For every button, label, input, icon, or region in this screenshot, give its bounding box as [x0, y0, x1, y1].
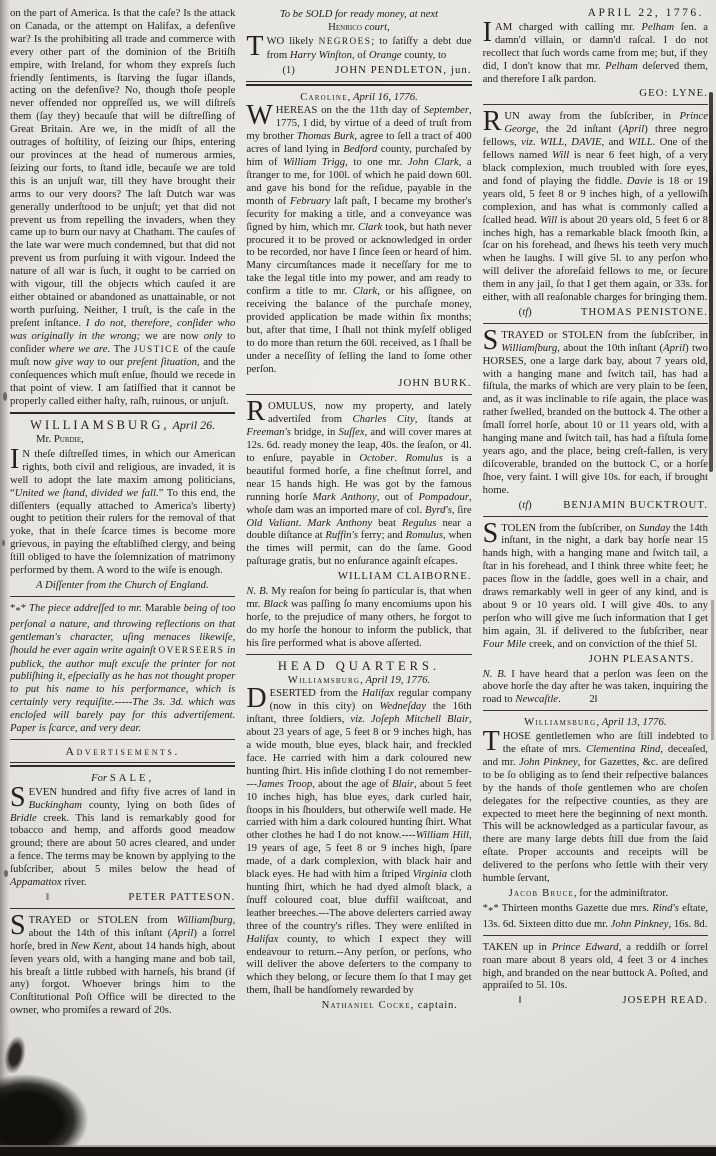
signature-row: (tf) THOMAS PENISTONE.	[483, 306, 708, 319]
notice-deserted-soldiers: DESERTED from the Halifax regular compan…	[246, 687, 471, 997]
section-divider	[10, 739, 235, 740]
dateline-williamsburg-april19: Williamsburg, April 19, 1776.	[246, 674, 471, 687]
scan-speck	[2, 540, 5, 546]
section-divider	[483, 104, 708, 105]
signature-claiborne: WILLIAM CLAIBORNE.	[246, 570, 471, 583]
pleasants-nota-bene: N. B. I have heard that a perſon was ſee…	[483, 668, 708, 707]
section-divider	[246, 394, 471, 395]
salutation-mr-purdie: Mr. Purdie,	[10, 433, 235, 446]
scan-speck	[4, 870, 8, 877]
paragraph-mark: ‖	[46, 891, 49, 904]
page-dateline-april22: APRIL 22, 1776.	[483, 7, 708, 20]
double-rule	[10, 762, 235, 767]
scan-right-edge-mark	[709, 92, 713, 472]
signature-pendleton: JOHN PENDLETON, jun.	[335, 64, 471, 77]
notice-rind-estate-debts: THOSE gentletlemen who are ſtill indebte…	[483, 730, 708, 885]
scan-bottom-bar	[0, 1147, 716, 1156]
ad-strayed-sorrel-horse: STRAYED or STOLEN from Williamſburg, abo…	[10, 914, 235, 1017]
dateline-williamsburg-april13: Williamsburg, April 13, 1776.	[483, 716, 708, 729]
headline-williamsburg-april26: WILLIAMSBURG, April 26.	[10, 419, 235, 432]
section-divider	[483, 710, 708, 711]
section-divider	[483, 516, 708, 517]
newspaper-page: on the part of America. Is that the caſe…	[0, 0, 716, 1156]
section-divider	[246, 654, 471, 655]
scan-corner-shadow	[0, 1056, 113, 1154]
gazette-balance-note: *** Thirteen months Gazette due mrs. Rin…	[483, 902, 708, 931]
section-divider	[483, 323, 708, 324]
dateline-caroline: Caroline, April 16, 1776.	[246, 91, 471, 104]
section-divider	[483, 935, 708, 936]
signature-row: ‖ JOSEPH READ.	[483, 994, 708, 1007]
article-opening-essay: on the part of America. Is that the caſe…	[10, 7, 235, 408]
ad-strayed-two-horses: STRAYED or STOLEN from the ſubſcriber, i…	[483, 329, 708, 497]
section-divider	[10, 596, 235, 597]
signature-cocke: Nathaniel Cocke, captain.	[246, 999, 471, 1012]
insertion-mark: (1)	[282, 64, 294, 77]
head-quarters-heading: HEAD QUARTERS.	[246, 660, 471, 673]
scan-speck	[3, 392, 7, 401]
column-3: APRIL 22, 1776. I AM charged with callin…	[483, 7, 708, 1019]
tf-mark: (tf)	[519, 499, 532, 512]
signature-lyne: GEO: LYNE.	[483, 87, 708, 100]
signature-row: (tf) BENJAMIN BUCKTROUT.	[483, 499, 708, 512]
to-be-sold-heading: To be SOLD for ready money, at nextHenri…	[246, 8, 471, 34]
column-1: on the part of America. Is that the caſe…	[10, 7, 235, 1019]
double-rule	[246, 81, 471, 86]
signature-burk: JOHN BURK.	[246, 377, 471, 390]
advertisements-heading: Advertisements.	[10, 745, 235, 758]
column-layout: on the part of America. Is that the caſe…	[10, 7, 708, 1019]
ad-stolen-bay-horse: STOLEN from the ſubſcriber, on Sunday th…	[483, 522, 708, 651]
signature-pleasants: JOHN PLEASANTS.	[483, 653, 708, 666]
ad-runaway-penistone: RUN away from the ſubſcriber, in Prince …	[483, 110, 708, 304]
ad-negroes-sale: TWO likely NEGROES; to ſatiſfy a debt du…	[246, 35, 471, 62]
signature-patteson: PETER PATTESON.	[128, 891, 235, 904]
ad-taken-up-mare: TAKEN up in Prince Edward, a reddiſh or …	[483, 941, 708, 993]
scan-left-edge-shadow	[0, 0, 10, 1156]
apology-lyne: I AM charged with calling mr. Pelham ſen…	[483, 21, 708, 86]
signature-bruce: Jacob Bruce, for the adminiſtrator.	[483, 887, 708, 900]
scan-right-edge-mark-faint	[711, 600, 714, 740]
signature-bucktrout: BENJAMIN BUCKTROUT.	[563, 499, 708, 512]
tf-mark: (tf)	[519, 306, 532, 319]
romulus-nota-bene: N. B. My reaſon for being ſo particular …	[246, 585, 471, 650]
printer-notice-marable: *** The piece addreſſed to mr. Marable b…	[10, 602, 235, 735]
letter-dissenter-signature: A Diſſenter from the Church of England.	[10, 579, 235, 592]
for-sale-heading: For SALE,	[10, 772, 235, 785]
notice-burk-land-trust: WHEREAS on the the 11th day of September…	[246, 104, 471, 375]
letter-dissenter: IN theſe diſtreſſed times, in which our …	[10, 448, 235, 577]
signature-penistone: THOMAS PENISTONE.	[581, 306, 708, 319]
section-divider	[10, 412, 235, 414]
column-2: To be SOLD for ready money, at nextHenri…	[246, 7, 471, 1019]
signature-row: ‖ PETER PATTESON.	[10, 891, 235, 904]
paragraph-mark: ‖	[519, 994, 522, 1007]
signature-row: (1) JOHN PENDLETON, jun.	[246, 64, 471, 77]
ad-romulus-stud-horse: ROMULUS, now my property, and lately adv…	[246, 400, 471, 568]
signature-read: JOSEPH READ.	[622, 994, 708, 1007]
section-divider	[10, 908, 235, 909]
ad-land-sale-patteson: SEVEN hundred and fifty five acres of la…	[10, 786, 235, 889]
